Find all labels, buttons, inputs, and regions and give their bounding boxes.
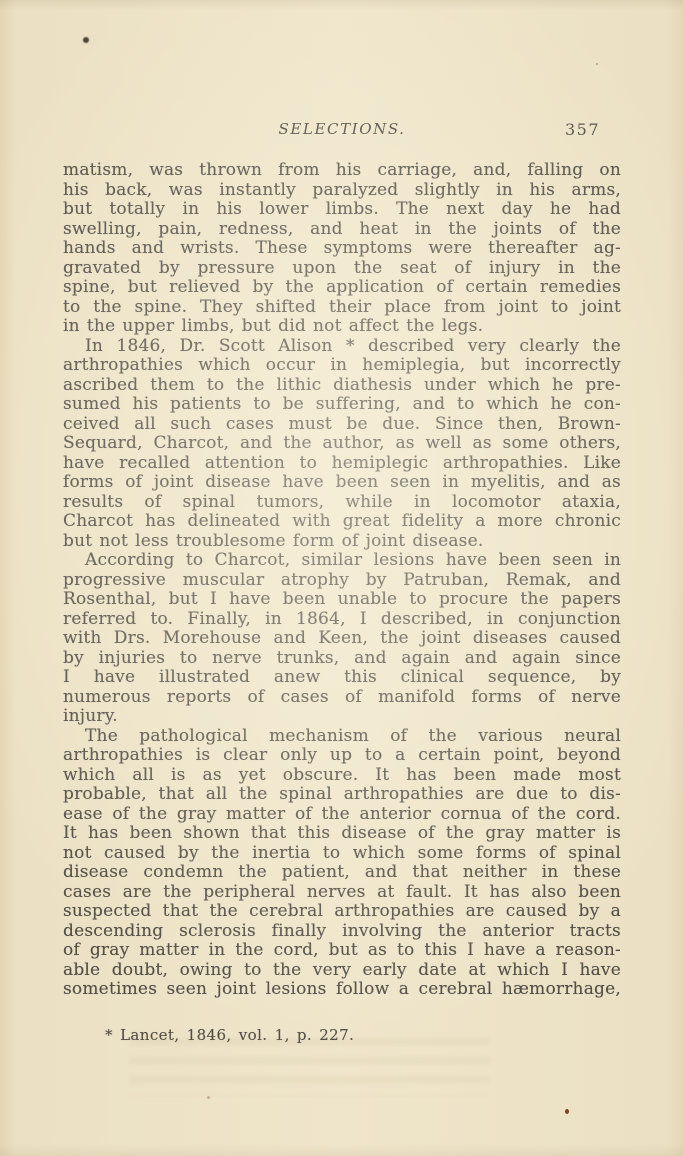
page-body: matism, was thrown from his carriage, an…: [63, 161, 621, 1000]
text-line: gravated by pressure upon the seat of in…: [63, 259, 621, 279]
text-line: his back, was instantly paralyzed slight…: [63, 181, 621, 201]
text-line: Rosenthal, but I have been unable to pro…: [63, 590, 621, 610]
text-line: ease of the gray matter of the anterior …: [63, 805, 621, 825]
text-line: Sequard, Charcot, and the author, as wel…: [63, 434, 621, 454]
text-line: forms of joint disease have been seen in…: [63, 473, 621, 493]
text-line: It has been shown that this disease of t…: [63, 824, 621, 844]
text-line: have recalled attention to hemiplegic ar…: [63, 454, 621, 474]
ink-speck: [565, 1109, 569, 1114]
text-line: but not less troublesome form of joint d…: [63, 532, 621, 552]
paragraph-1: matism, was thrown from his carriage, an…: [63, 161, 621, 337]
text-line: sometimes seen joint lesions follow a ce…: [63, 980, 621, 1000]
text-line: referred to. Finally, in 1864, I describ…: [63, 610, 621, 630]
text-line: numerous reports of cases of manifold fo…: [63, 688, 621, 708]
text-line: progressive muscular atrophy by Patruban…: [63, 571, 621, 591]
text-line: The pathological mechanism of the variou…: [63, 727, 621, 747]
text-line: with Drs. Morehouse and Keen, the joint …: [63, 629, 621, 649]
text-line: hands and wrists. These symptoms were th…: [63, 239, 621, 259]
text-line: arthropathies is clear only up to a cert…: [63, 746, 621, 766]
text-line: ceived all such cases must be due. Since…: [63, 415, 621, 435]
ink-speck: [83, 37, 89, 43]
footnote: * Lancet, 1846, vol. 1, p. 227.: [105, 1026, 354, 1044]
book-page-scan: SELECTIONS. 357 matism, was thrown from …: [0, 0, 683, 1156]
text-line: not caused by the inertia to which some …: [63, 844, 621, 864]
paragraph-2: In 1846, Dr. Scott Alison * described ve…: [63, 337, 621, 552]
text-line: disease condemn the patient, and that ne…: [63, 863, 621, 883]
text-line: probable, that all the spinal arthropath…: [63, 785, 621, 805]
text-line: to the spine. They shifted their place f…: [63, 298, 621, 318]
text-line: spine, but relieved by the application o…: [63, 278, 621, 298]
text-line: suspected that the cerebral arthropathie…: [63, 902, 621, 922]
text-line: Charcot has delineated with great fideli…: [63, 512, 621, 532]
text-line: I have illustrated anew this clinical se…: [63, 668, 621, 688]
text-line: in the upper limbs, but did not affect t…: [63, 317, 621, 337]
text-line: results of spinal tumors, while in locom…: [63, 493, 621, 513]
text-line: swelling, pain, redness, and heat in the…: [63, 220, 621, 240]
text-line: but totally in his lower limbs. The next…: [63, 200, 621, 220]
running-title: SELECTIONS.: [63, 120, 621, 138]
text-line: matism, was thrown from his carriage, an…: [63, 161, 621, 181]
page-number: 357: [565, 120, 600, 139]
ink-speck: [207, 1096, 210, 1099]
text-line: arthropathies which occur in hemiplegia,…: [63, 356, 621, 376]
text-line: cases are the peripheral nerves at fault…: [63, 883, 621, 903]
text-line: injury.: [63, 707, 621, 727]
text-line: which all is as yet obscure. It has been…: [63, 766, 621, 786]
text-line: by injuries to nerve trunks, and again a…: [63, 649, 621, 669]
bleed-through-ghost: [130, 1038, 490, 1096]
text-line: of gray matter in the cord, but as to th…: [63, 941, 621, 961]
page-header: SELECTIONS. 357: [63, 120, 621, 142]
paragraph-3: According to Charcot, similar lesions ha…: [63, 551, 621, 727]
text-line: sumed his patients to be suffering, and …: [63, 395, 621, 415]
text-line: According to Charcot, similar lesions ha…: [63, 551, 621, 571]
text-line: able doubt, owing to the very early date…: [63, 961, 621, 981]
text-line: ascribed them to the lithic diathesis un…: [63, 376, 621, 396]
paragraph-4: The pathological mechanism of the variou…: [63, 727, 621, 1000]
ink-speck: [596, 63, 598, 65]
text-line: In 1846, Dr. Scott Alison * described ve…: [63, 337, 621, 357]
text-line: descending sclerosis finally involving t…: [63, 922, 621, 942]
